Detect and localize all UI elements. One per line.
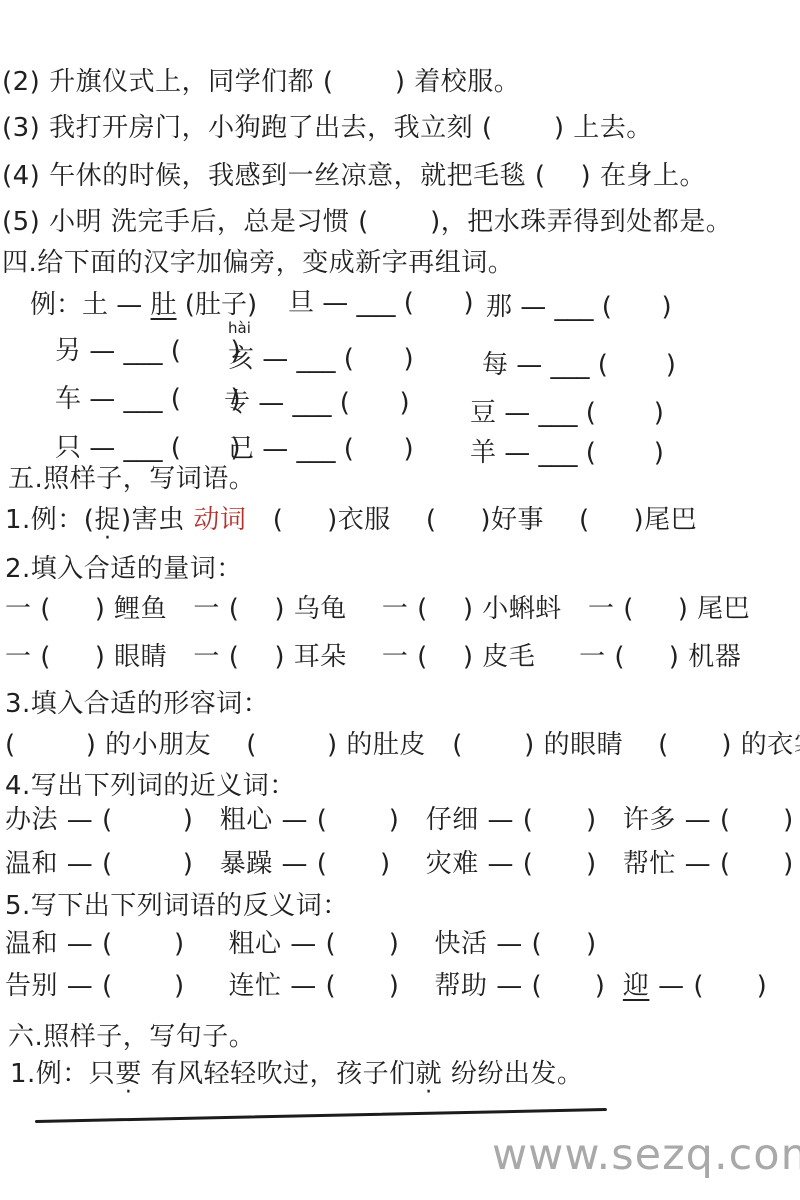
section6-example: 1.例：只要 有风轻轻吹过，孩子们就 纷纷出发。 xyxy=(10,1058,583,1091)
base-char: 只 xyxy=(55,433,81,463)
section5-title: 五.照样子，写词语。 xyxy=(8,463,255,496)
section5-q3-title: 3.填入合适的形容词： xyxy=(5,688,269,721)
example-post: 纷纷出发。 xyxy=(442,1059,583,1089)
blank-and-parens: — ___ ( ) xyxy=(254,434,414,464)
example-pre: 1.例：只 xyxy=(10,1059,115,1089)
radical-example-cell: 例：土 — 肚 (肚子) xyxy=(30,284,257,321)
example-answer: 肚 xyxy=(151,290,177,320)
base-char: 豆 xyxy=(470,398,496,428)
blank-and-parens: — ___ ( ) xyxy=(254,344,414,374)
emphasized-zhuo: 捉 xyxy=(94,505,121,535)
section5-q5-row2: 告别 — ( ) 连忙 — ( ) 帮助 — ( ) 迎 — ( ) xyxy=(5,970,767,1003)
radical-cell-mei: 每 — ___ ( ) xyxy=(482,344,676,381)
radical-cell-ji: 己 — ___ ( ) xyxy=(228,428,414,465)
section5-q2-row2: 一 ( ) 眼睛 一 ( ) 耳朵 一 ( ) 皮毛 一 ( ) 机器 xyxy=(5,641,741,674)
base-char: 己 xyxy=(228,434,254,464)
emphasized-yao: 要 xyxy=(115,1059,142,1089)
sentence-4: (4) 午休的时候，我感到一丝凉意，就把毛毯 ( ) 在身上。 xyxy=(2,160,706,193)
radical-cell-hai: hài亥 — ___ ( ) xyxy=(228,338,414,375)
radical-cell-dan: 旦 — ___ ( ) xyxy=(288,282,474,319)
section5-q3-row: ( ) 的小朋友 ( ) 的肚皮 ( ) 的眼睛 ( ) 的衣裳 xyxy=(5,729,800,762)
row2-pre: 告别 — ( ) 连忙 — ( ) 帮助 — ( ) xyxy=(5,971,623,1001)
radical-cell-dou: 豆 — ___ ( ) xyxy=(470,392,664,429)
radical-cell-yang: 羊 — ___ ( ) xyxy=(470,432,664,469)
emphasized-jiu: 就 xyxy=(416,1059,443,1089)
section5-q4-title: 4.写出下列词的近义词： xyxy=(5,770,296,803)
base-char: 亥 xyxy=(228,344,254,374)
section5-q4-row2: 温和 — ( ) 暴躁 — ( ) 灾难 — ( ) 帮忙 — ( ) xyxy=(5,848,794,881)
section5-q5-row1: 温和 — ( ) 粗心 — ( ) 快活 — ( ) xyxy=(5,928,597,961)
worksheet-page: (2) 升旗仪式上，同学们都 ( ) 着校服。 (3) 我打开房门，小狗跑了出去… xyxy=(0,0,800,1200)
base-char: 车 xyxy=(55,384,81,414)
blank-and-parens: — ___ ( ) xyxy=(81,433,241,463)
blank-and-parens: — ___ ( ) xyxy=(508,350,676,380)
base-char: 旦 xyxy=(288,288,314,318)
item1-pre: 1.例：( xyxy=(5,505,94,535)
verb-annotation: 动词 xyxy=(193,505,246,535)
blank-and-parens: — ___ ( ) xyxy=(496,398,664,428)
section6-title: 六.照样子，写句子。 xyxy=(8,1021,255,1054)
section5-q4-row1: 办法 — ( ) 粗心 — ( ) 仔细 — ( ) 许多 — ( ) xyxy=(5,804,794,837)
base-char: 羊 xyxy=(470,438,496,468)
watermark-url: www.sezq.com xyxy=(492,1130,800,1180)
blank-and-parens: — ___ ( ) xyxy=(250,388,410,418)
sentence-3: (3) 我打开房门，小狗跑了出去，我立刻 ( ) 上去。 xyxy=(2,112,653,145)
blank-and-parens: — ___ ( ) xyxy=(314,288,474,318)
blank-and-parens: — ___ ( ) xyxy=(81,384,241,414)
section5-q2-row1: 一 ( ) 鲤鱼 一 ( ) 乌龟 一 ( ) 小蝌蚪 一 ( ) 尾巴 xyxy=(5,593,750,626)
example-mid: 有风轻轻吹过，孩子们 xyxy=(142,1059,416,1089)
radical-cell-ling: 另 — ___ ( ) xyxy=(55,330,241,367)
radical-cell-zhuan: 专 — ___ ( ) xyxy=(224,382,410,419)
hand-drawn-divider xyxy=(35,1108,607,1123)
underlined-ying: 迎 xyxy=(623,971,650,1001)
section5-item1: 1.例：(捉)害虫 动词 ( )衣服 ( )好事 ( )尾巴 xyxy=(5,504,697,537)
blank-and-parens: — ___ ( ) xyxy=(512,292,672,322)
base-char: 另 xyxy=(55,336,81,366)
example-word: (肚子) xyxy=(177,290,258,320)
item1-blanks: ( )衣服 ( )好事 ( )尾巴 xyxy=(246,505,697,535)
radical-cell-zhi: 只 — ___ ( ) xyxy=(55,427,241,464)
sentence-5: (5) 小明 洗完手后，总是习惯 ( )，把水珠弄得到处都是。 xyxy=(2,206,732,239)
base-char: 专 xyxy=(224,388,250,418)
row2-post: — ( ) xyxy=(649,971,767,1001)
blank-and-parens: — ___ ( ) xyxy=(496,438,664,468)
section5-q5-title: 5.写下出下列词语的反义词： xyxy=(5,890,349,923)
radical-cell-na: 那 — ___ ( ) xyxy=(486,286,672,323)
sentence-2: (2) 升旗仪式上，同学们都 ( ) 着校服。 xyxy=(2,66,520,99)
base-char: 那 xyxy=(486,292,512,322)
pinyin-gloss: hài xyxy=(228,319,251,337)
section4-title: 四.给下面的汉字加偏旁，变成新字再组词。 xyxy=(2,247,514,280)
blank-and-parens: — ___ ( ) xyxy=(81,336,241,366)
item1-mid: )害虫 xyxy=(121,505,193,535)
section5-q2-title: 2.填入合适的量词： xyxy=(5,553,243,586)
base-char: 每 xyxy=(482,350,508,380)
radical-cell-che: 车 — ___ ( ) xyxy=(55,378,241,415)
example-pre: 例：土 — xyxy=(30,290,151,320)
